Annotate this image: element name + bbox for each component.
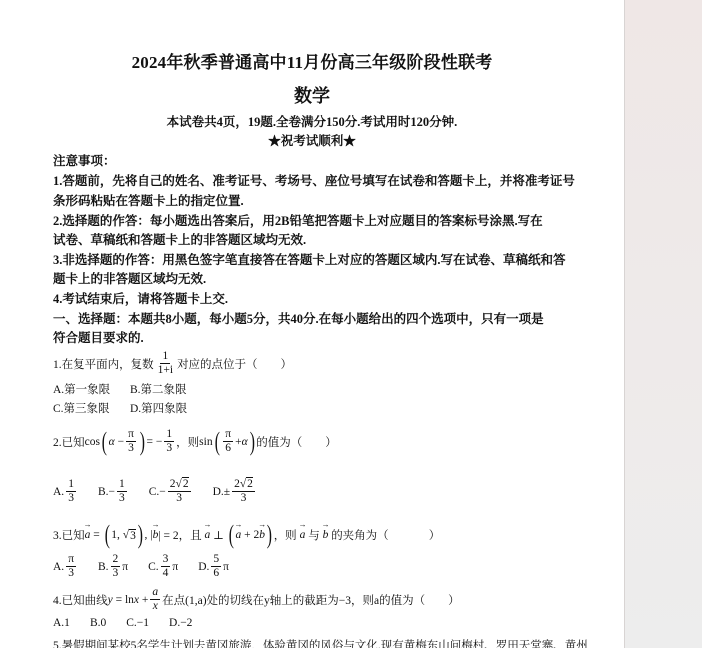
option-b: B.第二象限 — [130, 381, 187, 397]
exam-wish: ★祝考试顺利★ — [0, 131, 624, 149]
document-page: 2024年秋季普通高中11月份高三年级阶段性联考 数学 本试卷共4页，19题.全… — [0, 0, 624, 648]
numerator: 1 — [160, 350, 170, 364]
math-expression: cos — [85, 436, 100, 448]
option-d: D.±2√23 — [213, 478, 257, 505]
question-text: 对应的点位于（ ） — [177, 356, 292, 372]
option-c: C.第三象限 — [53, 400, 110, 416]
option-a: A.π3 — [53, 553, 78, 580]
note-line: 4.考试结束后，请将答题卡上交. — [53, 289, 228, 307]
note-line: 1.答题前，先将自己的姓名、准考证号、考场号、座位号填写在试卷和答题卡上，并将准… — [53, 171, 575, 189]
denominator: 1+i — [156, 364, 175, 377]
question-3: 3.已知 a = (1, √3), |b| = 2，且 a ⊥ (a + 2b)… — [53, 522, 440, 548]
section-heading: 一、选择题：本题共8小题，每小题5分，共40分.在每小题给出的四个选项中，只有一… — [53, 309, 544, 327]
option-b: B.23π — [98, 553, 128, 580]
options-row: A.13 B.−13 C.−2√23 D.±2√23 — [53, 478, 277, 505]
note-line: 3.非选择题的作答：用黑色签字笔直接答在答题卡上对应的答题区域内.写在试卷、草稿… — [53, 250, 566, 268]
question-2: 2.已知 cos(α −π3)= −13 ，则 sin(π6+α) 的值为（ ） — [53, 428, 337, 455]
question-text: 1.在复平面内，复数 — [53, 356, 154, 372]
note-line: 题卡上的非答题区域均无效. — [53, 269, 206, 287]
question-4: 4.已知曲线 y = lnx +ax 在点(1,a)处的切线在y轴上的截距为−3… — [53, 586, 460, 613]
exam-info: 本试卷共4页，19题.全卷满分150分.考试用时120分钟. — [0, 112, 624, 130]
option-c: C.34π — [148, 553, 178, 580]
option-d: D.−2 — [169, 617, 192, 629]
question-text: 在点(1,a)处的切线在y轴上的截距为−3，则a的值为（ ） — [162, 592, 459, 608]
option-d: D.56π — [198, 553, 229, 580]
viewer-side-panel — [624, 0, 702, 648]
section-heading-cont: 符合题目要求的. — [53, 328, 144, 346]
option-a: A.1 — [53, 617, 70, 629]
options-row: A.第一象限 B.第二象限 — [53, 381, 207, 397]
option-d: D.第四象限 — [130, 400, 187, 416]
exam-subject: 数学 — [0, 82, 624, 108]
option-b: B.−13 — [98, 478, 129, 505]
fraction: 1 1+i — [156, 350, 175, 377]
options-row: A.π3 B.23π C.34π D.56π — [53, 553, 249, 580]
question-text: 3.已知 — [53, 527, 85, 543]
option-c: C.−2√23 — [149, 478, 193, 505]
option-a: A.第一象限 — [53, 381, 110, 397]
options-row: A.1 B.0 C.−1 D.−2 — [53, 617, 212, 629]
notes-heading: 注意事项： — [53, 151, 116, 169]
note-line: 条形码粘贴在答题卡上的指定位置. — [53, 191, 244, 209]
option-c: C.−1 — [126, 617, 149, 629]
option-a: A.13 — [53, 478, 78, 505]
question-text: 4.已知曲线 — [53, 592, 108, 608]
option-b: B.0 — [90, 617, 106, 629]
note-line: 2.选择题的作答：每小题选出答案后，用2B铅笔把答题卡上对应题目的答案标号涂黑.… — [53, 211, 543, 229]
question-5: 5.暑假期间某校5名学生计划去黄冈旅游，体验黄冈的风俗与文化.现有黄梅东山问梅村… — [53, 637, 588, 648]
question-1: 1.在复平面内，复数 1 1+i 对应的点位于（ ） — [53, 350, 292, 377]
exam-title: 2024年秋季普通高中11月份高三年级阶段性联考 — [0, 48, 624, 73]
options-row: C.第三象限 D.第四象限 — [53, 400, 207, 416]
question-text: 2.已知 — [53, 434, 85, 450]
question-text: ，则 — [176, 434, 199, 450]
question-text: 的值为（ ） — [256, 434, 337, 450]
note-line: 试卷、草稿纸和答题卡上的非答题区域均无效. — [53, 230, 306, 248]
